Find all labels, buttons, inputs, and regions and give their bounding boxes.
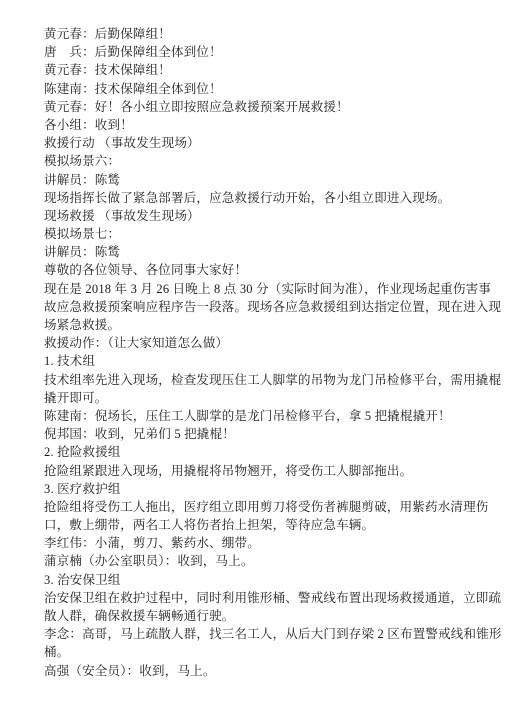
document-line: 口，敷上绷带，两名工人将伤者抬上担架，等待应急车辆。 — [44, 516, 510, 534]
document-line: 救援动作：（让大家知道怎么做） — [44, 334, 510, 352]
document-line: 蒲京楠（办公室职员）：收到，马上。 — [44, 552, 510, 570]
document-line: 撬开即可。 — [44, 389, 510, 407]
document-line: 讲解员：陈鸶 — [44, 243, 510, 261]
document-line: 黄元春：技术保障组！ — [44, 61, 510, 79]
document-page: 黄元春：后勤保障组！唐 兵：后勤保障组全体到位！黄元春：技术保障组！陈建南：技术… — [0, 0, 530, 706]
document-line: 现场救援 （事故发生现场） — [44, 207, 510, 225]
document-line: 故应急救援预案响应程序告一段落。现场各应急救援组到达指定位置，现在进入现 — [44, 298, 510, 316]
document-line: 黄元春：后勤保障组！ — [44, 25, 510, 43]
document-line: 桶。 — [44, 643, 510, 661]
document-line: 陈建南：倪场长，压住工人脚掌的是龙门吊检修平台，拿 5 把撬棍撬开！ — [44, 407, 510, 425]
document-line: 散人群，确保救援车辆畅通行驶。 — [44, 607, 510, 625]
document-line: 李念：高哥，马上疏散人群，找三名工人，从后大门到存梁 2 区布置警戒线和锥形 — [44, 625, 510, 643]
document-line: 高强（安全员）：收到，马上。 — [44, 662, 510, 680]
document-line: 救援行动 （事故发生现场） — [44, 134, 510, 152]
document-line: 3. 医疗救护组 — [44, 480, 510, 498]
document-line: 场紧急救援。 — [44, 316, 510, 334]
document-line: 技术组率先进入现场，检查发现压住工人脚掌的吊物为龙门吊检修平台，需用撬棍 — [44, 371, 510, 389]
document-line: 模拟场景七： — [44, 225, 510, 243]
document-line: 治安保卫组在救护过程中，同时利用锥形桶、警戒线布置出现场救援通道，立即疏 — [44, 589, 510, 607]
document-line: 现场指挥长做了紧急部署后，应急救援行动开始，各小组立即进入现场。 — [44, 189, 510, 207]
document-line: 李红伟：小蒲，剪刀、紫药水、绷带。 — [44, 534, 510, 552]
document-line: 尊敬的各位领导、各位同事大家好！ — [44, 261, 510, 279]
document-line: 抢险组将受伤工人拖出，医疗组立即用剪刀将受伤者裤腿剪破，用紫药水清理伤 — [44, 498, 510, 516]
document-line: 各小组：收到！ — [44, 116, 510, 134]
document-line: 抢险组紧跟进入现场，用撬棍将吊物翘开，将受伤工人脚部拖出。 — [44, 462, 510, 480]
document-line: 倪邦国：收到，兄弟们 5 把撬棍！ — [44, 425, 510, 443]
document-line: 现在是 2018 年 3 月 26 日晚上 8 点 30 分（实际时间为准），作… — [44, 280, 510, 298]
document-line: 黄元春：好！各小组立即按照应急救援预案开展救援！ — [44, 98, 510, 116]
document-line: 讲解员：陈鸶 — [44, 171, 510, 189]
document-line: 唐 兵：后勤保障组全体到位！ — [44, 43, 510, 61]
document-line: 3. 治安保卫组 — [44, 571, 510, 589]
document-line: 模拟场景六： — [44, 152, 510, 170]
document-line: 2. 抢险救援组 — [44, 443, 510, 461]
document-line: 1. 技术组 — [44, 352, 510, 370]
document-line: 陈建南：技术保障组全体到位！ — [44, 80, 510, 98]
